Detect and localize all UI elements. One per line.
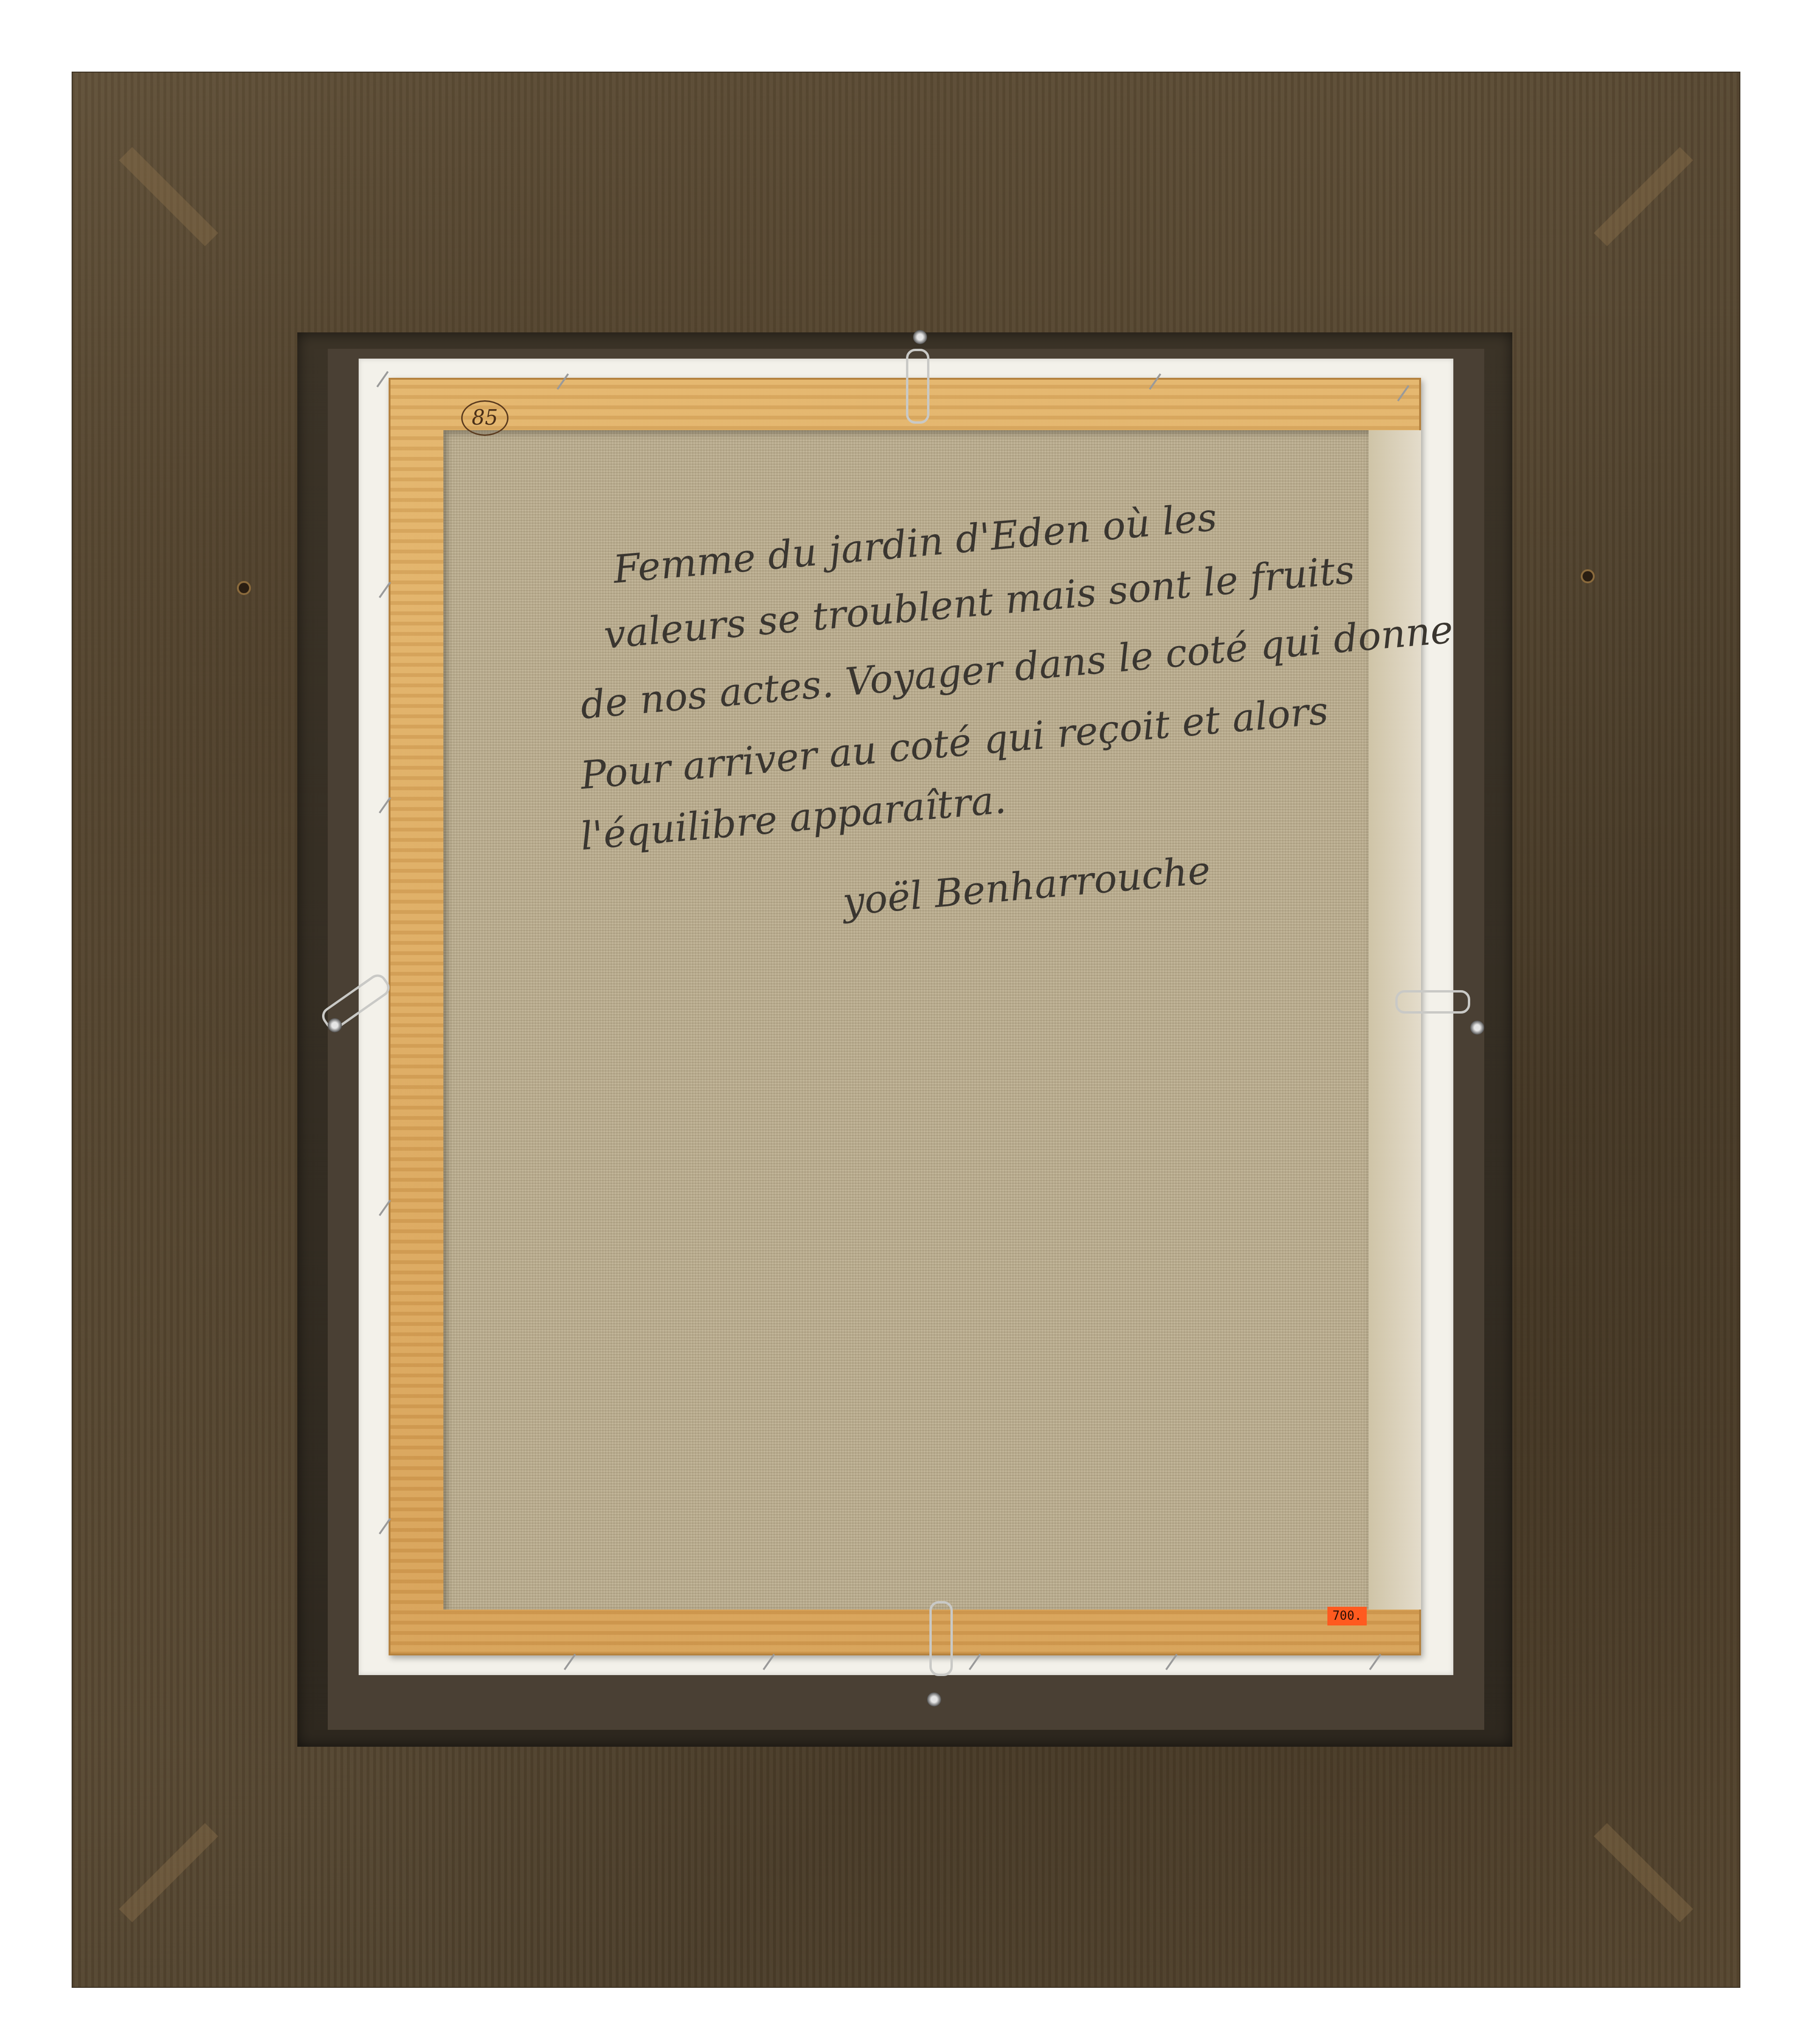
mounting-clip-bottom bbox=[929, 1601, 953, 1676]
screw-left bbox=[328, 1018, 342, 1032]
stretcher-circled-number: 85 bbox=[461, 400, 508, 436]
screw-top bbox=[913, 330, 927, 344]
price-sticker: 700. bbox=[1327, 1607, 1367, 1625]
mounting-clip-right bbox=[1395, 990, 1470, 1014]
frame-screw-hole-right bbox=[1583, 571, 1593, 581]
mounting-clip-top bbox=[906, 349, 929, 424]
screw-right bbox=[1470, 1021, 1484, 1035]
screw-bottom bbox=[927, 1692, 941, 1706]
canvas-fold bbox=[1369, 430, 1421, 1610]
frame-screw-hole-left bbox=[239, 583, 249, 593]
